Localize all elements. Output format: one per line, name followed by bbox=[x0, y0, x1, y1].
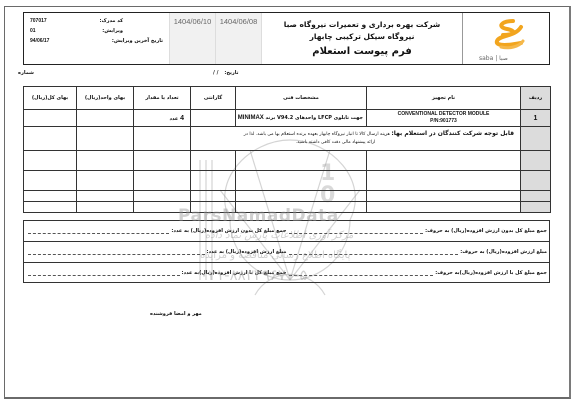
table-header-row: ردیف نام تجهیز مشخصات فنی گارانتی تعداد … bbox=[24, 87, 551, 110]
quantity-cell: 4 عدد bbox=[134, 110, 191, 127]
seller-signature-label: مهر و امضا فروشنده bbox=[150, 311, 202, 317]
watermark-line1: مرکز آوری اطلاعات پارس نماد داده bbox=[205, 230, 353, 241]
table-row bbox=[24, 191, 551, 202]
header-titles: شرکت بهره برداری و تعمیرات نیروگاه صبا ن… bbox=[262, 13, 462, 64]
table-row bbox=[24, 171, 551, 191]
bidder-note: قابل توجه شرکت کنندگان در استعلام بها: ه… bbox=[191, 127, 521, 151]
total-without-vat-number-field[interactable] bbox=[28, 233, 169, 234]
total-with-vat-number-field[interactable] bbox=[28, 275, 180, 276]
meta-revision: 01 ویرایش: bbox=[30, 28, 163, 34]
header-unit-price: بهای واحد(ریال) bbox=[77, 87, 134, 110]
watermark-phone: ۰۲۱-۸۸۳۴۹۶۷۰-۵ bbox=[200, 266, 308, 284]
header-row-number: ردیف bbox=[521, 87, 551, 110]
header-equipment-name: نام تجهیز bbox=[367, 87, 521, 110]
document-meta: 707017 کد مدرک: 01 ویرایش: 94/06/17 تاری… bbox=[24, 13, 170, 64]
header-total-price: بهای کل(ریال) bbox=[24, 87, 77, 110]
header-quantity: تعداد یا مقدار bbox=[134, 87, 191, 110]
row-number: 1 bbox=[521, 110, 551, 127]
unit-price-cell[interactable] bbox=[77, 110, 134, 127]
number-label: شماره bbox=[18, 70, 34, 76]
vat-number-field[interactable] bbox=[28, 254, 205, 255]
form-title: فرم پیوست استعلام bbox=[312, 46, 412, 57]
header-warranty: گارانتی bbox=[191, 87, 236, 110]
header-date-1: 1404/06/08 bbox=[216, 13, 262, 64]
note-row: قابل توجه شرکت کنندگان در استعلام بها: ه… bbox=[24, 127, 551, 151]
equipment-name: CONVENTIONAL DETECTOR MODULE P/N:901773 bbox=[367, 110, 521, 127]
table-row: 1 CONVENTIONAL DETECTOR MODULE P/N:90177… bbox=[24, 110, 551, 127]
warranty-cell[interactable] bbox=[191, 110, 236, 127]
items-table: ردیف نام تجهیز مشخصات فنی گارانتی تعداد … bbox=[23, 86, 551, 213]
total-with-vat-words-field[interactable] bbox=[289, 275, 434, 276]
table-row bbox=[24, 151, 551, 171]
header-tech-specs: مشخصات فنی bbox=[236, 87, 367, 110]
plant-name: نیروگاه سیکل ترکیبی چابهار bbox=[310, 32, 415, 41]
company-name: شرکت بهره برداری و تعمیرات نیروگاه صبا bbox=[284, 20, 440, 29]
number-date-line: شماره تاریخ: / / bbox=[8, 70, 568, 80]
document-header: saba | صبا شرکت بهره برداری و تعمیرات نی… bbox=[23, 12, 550, 65]
watermark-line2: پایگاه اطلاع رسانی مناقصه و مزایده bbox=[200, 250, 350, 261]
meta-doc-code: 707017 کد مدرک: bbox=[30, 18, 163, 24]
company-logo: saba | صبا bbox=[462, 13, 549, 64]
total-price-cell[interactable] bbox=[24, 110, 77, 127]
watermark-brand: ParsNamadData bbox=[178, 206, 339, 226]
saba-logo-icon: saba | صبا bbox=[463, 13, 549, 65]
date-field: تاریخ: / / bbox=[213, 70, 239, 76]
tech-specs: جهت تابلوی LFCP واحدهای V94.2 برند MINIM… bbox=[236, 110, 367, 127]
svg-text:saba | صبا: saba | صبا bbox=[479, 55, 508, 62]
meta-last-revision-date: 94/06/17 تاریخ آخرین ویرایش: bbox=[30, 38, 163, 44]
header-date-2: 1404/06/10 bbox=[170, 13, 216, 64]
